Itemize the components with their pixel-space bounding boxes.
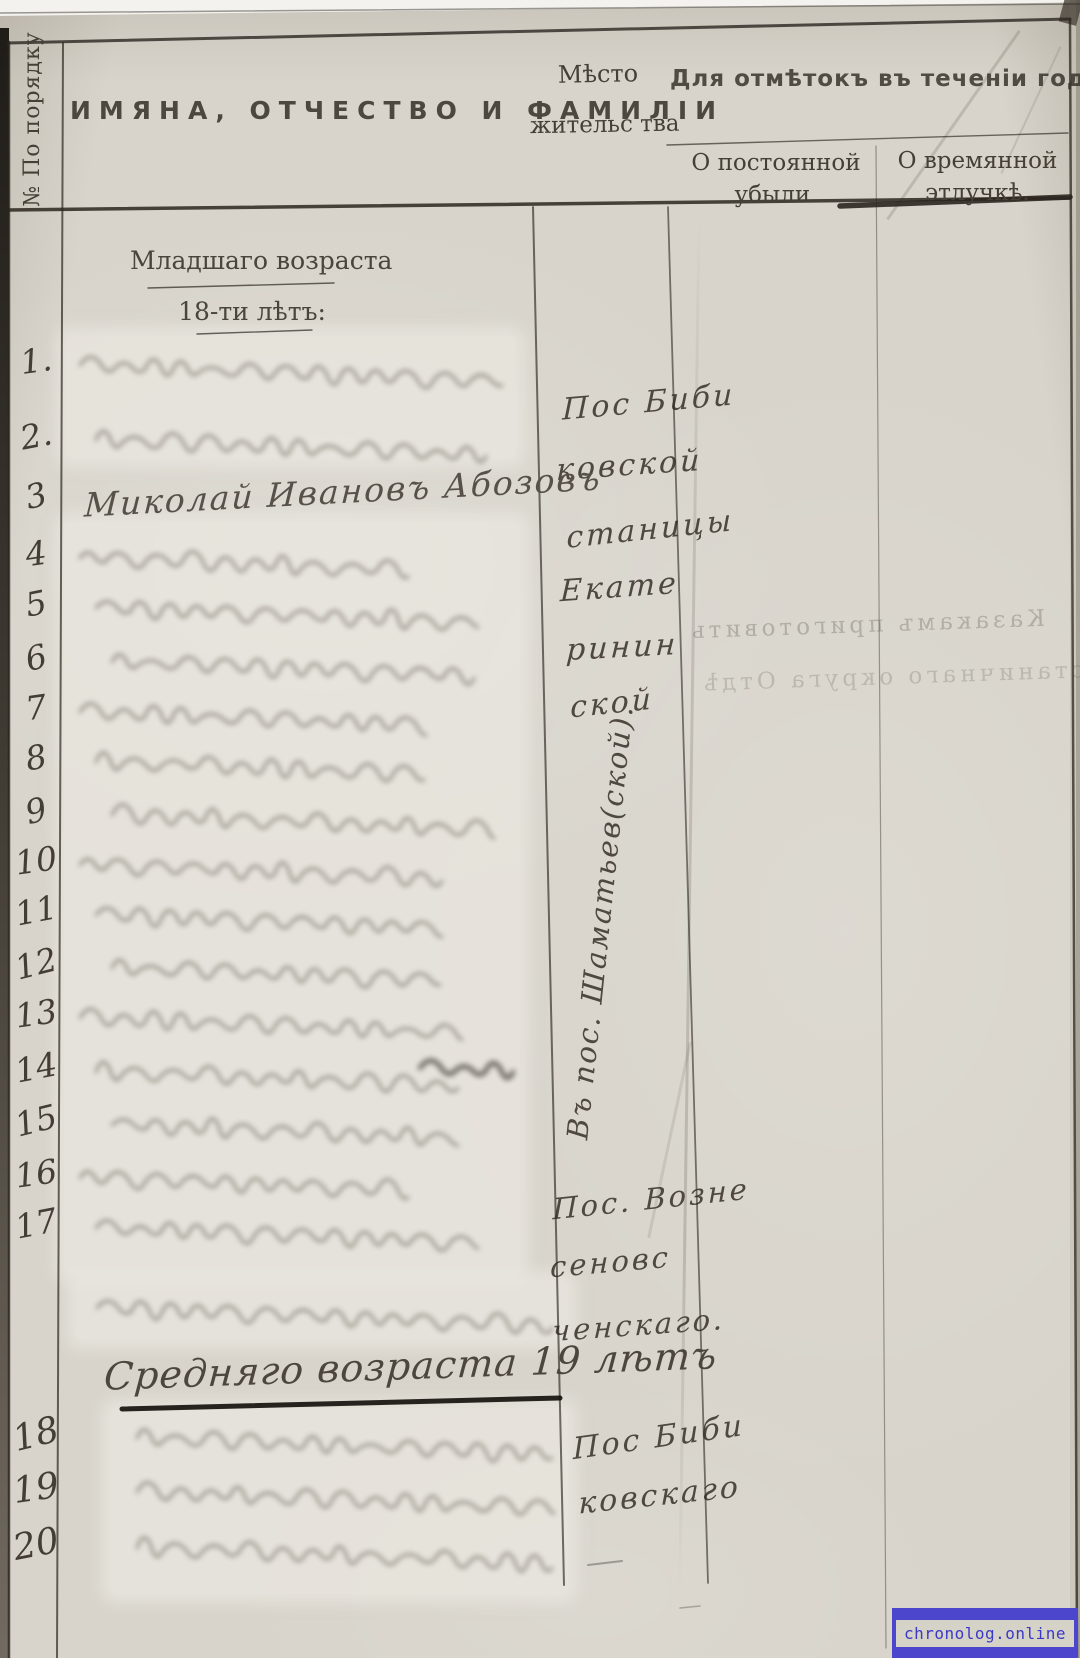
permanent-loss-label-line1: О постоянной [676,150,876,176]
watermark: chronolog.online [892,1608,1078,1658]
watermark-inner: chronolog.online [896,1620,1074,1647]
permanent-loss-label-line2: убыли. [676,182,876,208]
residence-column-label-line1: Мѣсто [532,59,664,89]
order-column-label: № По порядку [20,29,50,209]
marks-column-label: Для отмѣтокъ въ теченіи года. [670,66,1070,92]
temporary-absence-label-line2: этлучкѣ. [885,180,1070,206]
scanned-register-page: 1.2.34567891011121314151617181920Пос Биб… [0,0,1080,1658]
watermark-text: chronolog.online [904,1624,1066,1643]
junior-age-section-title: Младшаго возраста [130,246,350,275]
names-column-label: ИМЯНА, ОТЧЕСТВО И ФАМИЛІИ [70,96,520,125]
junior-age-section-subtitle: 18-ти лѣтъ: [152,297,352,326]
residence-column-label-line2: жительс тва [530,111,666,139]
temporary-absence-label-line1: О времянной [885,148,1070,174]
